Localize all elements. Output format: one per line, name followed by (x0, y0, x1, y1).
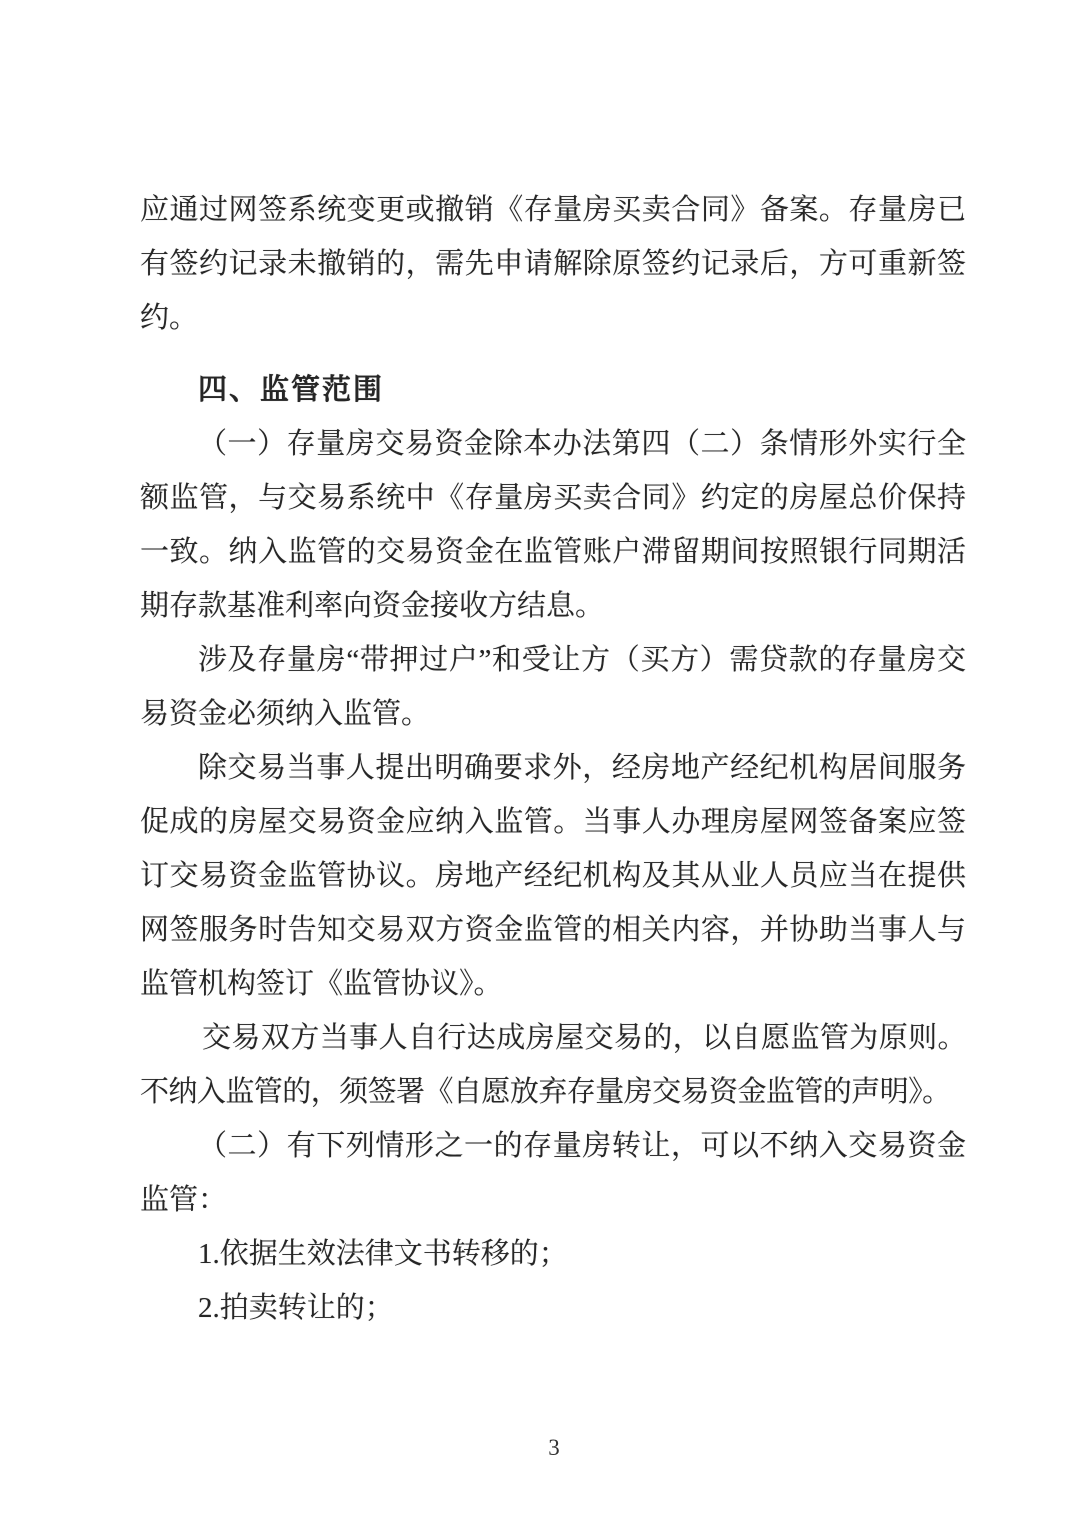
paragraph-continuation: 应通过网签系统变更或撤销《存量房买卖合同》备案。存量房已有签约记录未撤销的，需先… (140, 183, 966, 345)
list-item-2: 2.拍卖转让的； (140, 1281, 966, 1335)
page-number: 3 (14, 1436, 1080, 1459)
document-body: 应通过网签系统变更或撤销《存量房买卖合同》备案。存量房已有签约记录未撤销的，需先… (140, 183, 966, 1335)
paragraph-clause-one: （一）存量房交易资金除本办法第四（二）条情形外实行全额监管，与交易系统中《存量房… (140, 417, 966, 633)
section-heading-supervision-scope: 四、监管范围 (140, 363, 966, 417)
paragraph-voluntary-supervision: 交易双方当事人自行达成房屋交易的，以自愿监管为原则。不纳入监管的，须签署《自愿放… (140, 1011, 966, 1119)
list-item-1: 1.依据生效法律文书转移的； (140, 1227, 966, 1281)
document-page: 应通过网签系统变更或撤销《存量房买卖合同》备案。存量房已有签约记录未撤销的，需先… (0, 0, 1080, 1528)
paragraph-brokerage-services: 除交易当事人提出明确要求外，经房地产经纪机构居间服务促成的房屋交易资金应纳入监管… (140, 741, 966, 1011)
paragraph-mortgage-transfer: 涉及存量房“带押过户”和受让方（买方）需贷款的存量房交易资金必须纳入监管。 (140, 633, 966, 741)
paragraph-clause-two: （二）有下列情形之一的存量房转让，可以不纳入交易资金监管： (140, 1119, 966, 1227)
